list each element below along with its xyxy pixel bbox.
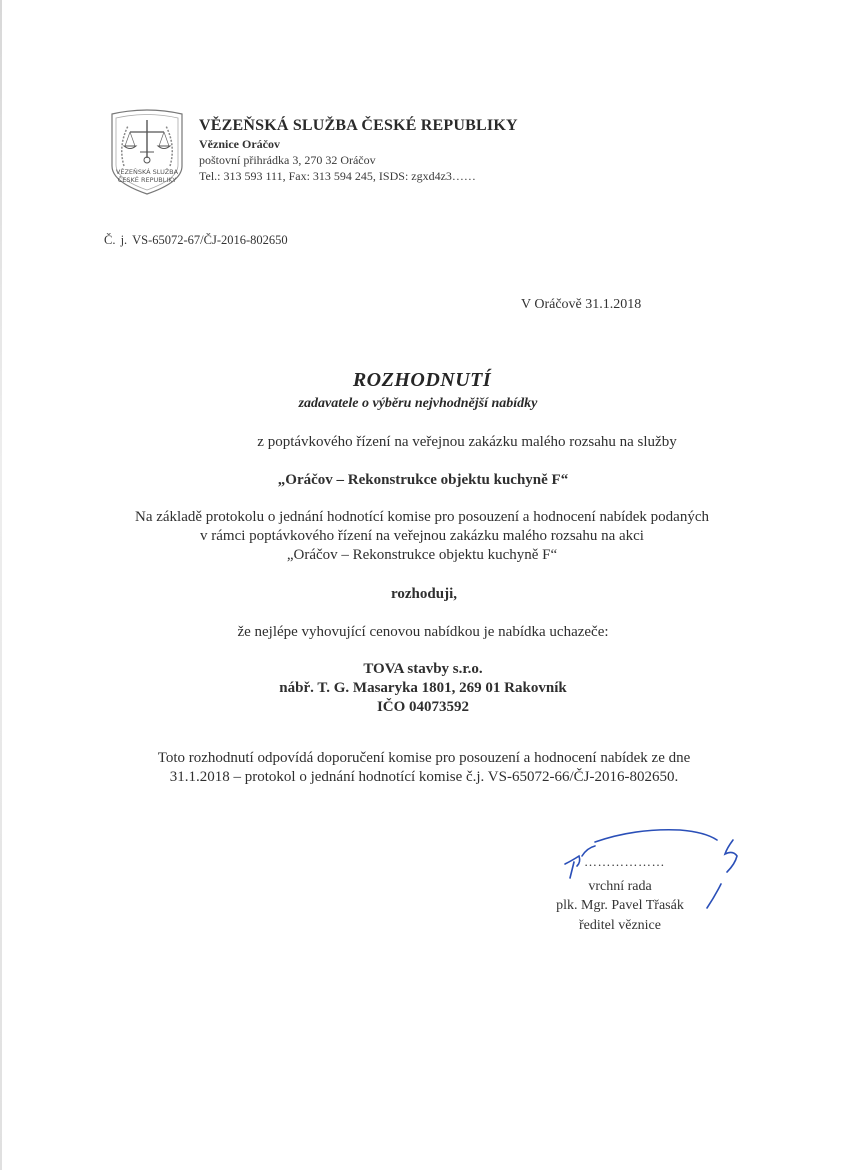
signatory-role: ředitel věznice xyxy=(530,918,710,934)
svg-text:VĚZEŇSKÁ SLUŽBA: VĚZEŇSKÁ SLUŽBA xyxy=(116,167,179,176)
document-subtitle: zadavatele o výběru nejvhodnější nabídky xyxy=(0,396,843,412)
closing-line: Toto rozhodnutí odpovídá doporučení komi… xyxy=(0,749,849,768)
signatory-name: plk. Mgr. Pavel Třasák xyxy=(530,898,710,914)
signature-dots: ……………… xyxy=(584,854,665,870)
winner-name: TOVA stavby s.r.o. xyxy=(0,660,848,679)
paragraph-line: v rámci poptávkového řízení na veřejnou … xyxy=(0,527,847,546)
decision-text: že nejlépe vyhovující cenovou nabídkou j… xyxy=(0,624,848,641)
basis-paragraph: Na základě protokolu o jednání hodnotící… xyxy=(0,508,847,565)
paragraph-line: Na základě protokolu o jednání hodnotící… xyxy=(0,508,847,527)
postal-address: poštovní přihrádka 3, 270 32 Oráčov xyxy=(199,153,376,168)
reference-number: Č. j. VS-65072-67/ČJ-2016-802650 xyxy=(104,233,288,248)
signatory-rank: vrchní rada xyxy=(530,879,710,895)
closing-paragraph: Toto rozhodnutí odpovídá doporučení komi… xyxy=(0,749,849,787)
place-and-date: V Oráčově 31.1.2018 xyxy=(521,297,641,313)
intro-line: z poptávkového řízení na veřejnou zakázk… xyxy=(42,434,850,451)
winning-bidder: TOVA stavby s.r.o. nábř. T. G. Masaryka … xyxy=(0,660,848,717)
scan-edge xyxy=(0,0,2,1170)
contact-line: Tel.: 313 593 111, Fax: 313 594 245, ISD… xyxy=(199,169,476,184)
organization-name: VĚZEŇSKÁ SLUŽBA ČESKÉ REPUBLIKY xyxy=(199,117,518,135)
decision-word: rozhoduji, xyxy=(0,586,849,603)
winner-ico: IČO 04073592 xyxy=(0,698,848,717)
project-name: „Oráčov – Rekonstrukce objektu kuchyně F… xyxy=(0,472,848,489)
prison-service-emblem-icon: VĚZEŇSKÁ SLUŽBA ČESKÉ REPUBLIKY xyxy=(106,108,188,196)
winner-address: nábř. T. G. Masaryka 1801, 269 01 Rakovn… xyxy=(0,679,848,698)
paragraph-line: „Oráčov – Rekonstrukce objektu kuchyně F… xyxy=(0,546,847,565)
closing-line: 31.1.2018 – protokol o jednání hodnotící… xyxy=(0,768,849,787)
svg-text:ČESKÉ REPUBLIKY: ČESKÉ REPUBLIKY xyxy=(118,175,177,184)
document-title: ROZHODNUTÍ xyxy=(0,369,847,392)
unit-name: Věznice Oráčov xyxy=(199,137,280,152)
